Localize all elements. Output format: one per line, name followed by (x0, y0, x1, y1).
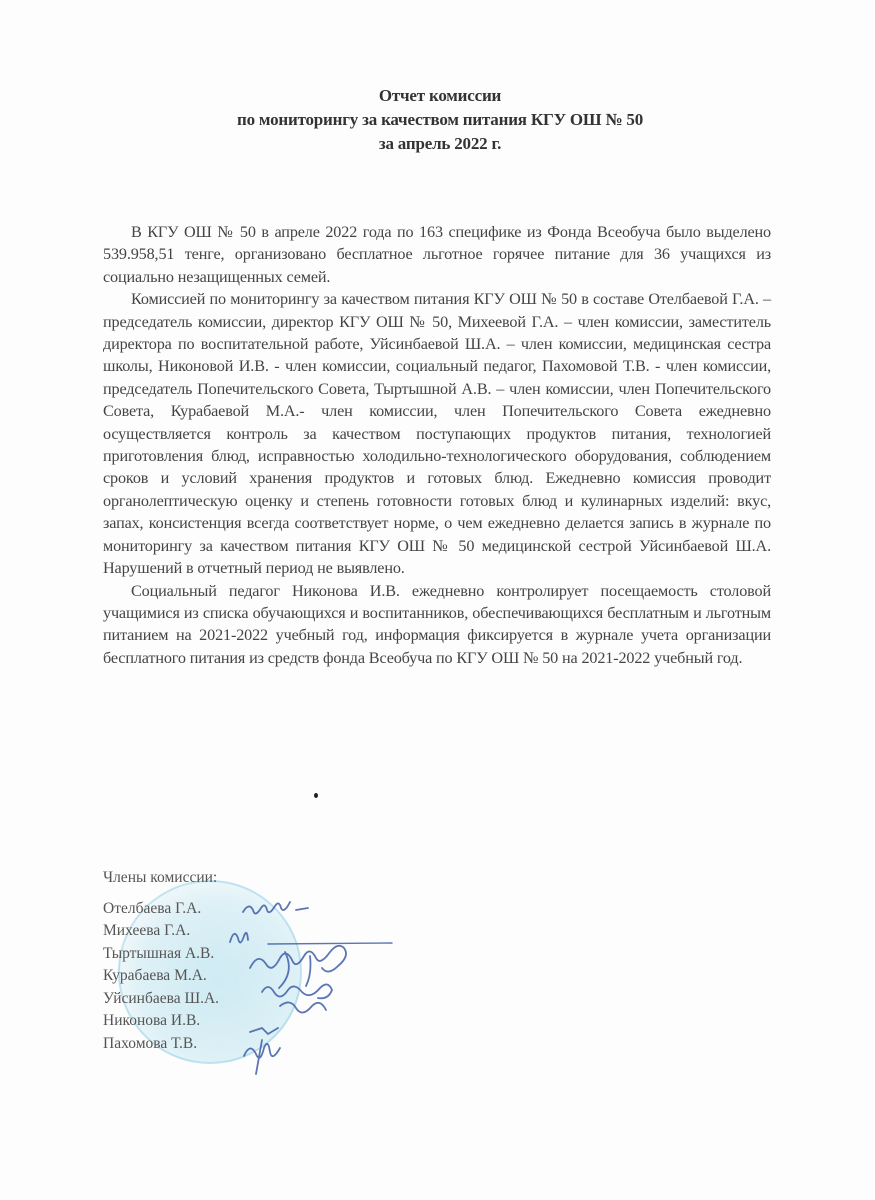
paragraph-social-pedagogue: Социальный педагог Никонова И.В. ежеднев… (103, 580, 771, 670)
members-heading: Члены комиссии: (103, 867, 219, 890)
member-name: Тыртышная А.В. (103, 943, 219, 966)
member-name: Курабаева М.А. (103, 965, 219, 988)
document-title: Отчет комиссии по мониторингу за качеств… (150, 84, 730, 156)
member-name: Пахомова Т.В. (103, 1033, 219, 1056)
signature-3-icon (250, 946, 346, 988)
signature-line-icon (268, 943, 392, 944)
signature-6-icon (250, 1028, 278, 1034)
member-name: Уйсинбаева Ш.А. (103, 988, 219, 1011)
member-name: Никонова И.В. (103, 1010, 219, 1033)
title-line-2: по мониторингу за качеством питания КГУ … (150, 108, 730, 132)
commission-members: Члены комиссии: Отелбаева Г.А. Михеева Г… (103, 867, 219, 1055)
signature-4-icon (262, 984, 332, 998)
signature-5-icon (280, 1002, 326, 1012)
member-name: Отелбаева Г.А. (103, 898, 219, 921)
document-page: Отчет комиссии по мониторингу за качеств… (0, 0, 875, 1200)
title-line-3: за апрель 2022 г. (150, 132, 730, 156)
paragraph-commission: Комиссией по мониторингу за качеством пи… (103, 288, 771, 579)
report-body: В КГУ ОШ № 50 в апреле 2022 года по 163 … (103, 221, 771, 669)
title-line-1: Отчет комиссии (150, 84, 730, 108)
ink-dot (314, 793, 318, 798)
member-name: Михеева Г.А. (103, 920, 219, 943)
signature-2-icon (230, 933, 248, 943)
signature-1-icon (243, 902, 308, 914)
paragraph-funding: В КГУ ОШ № 50 в апреле 2022 года по 163 … (103, 221, 771, 288)
signature-7-icon (244, 1040, 280, 1074)
